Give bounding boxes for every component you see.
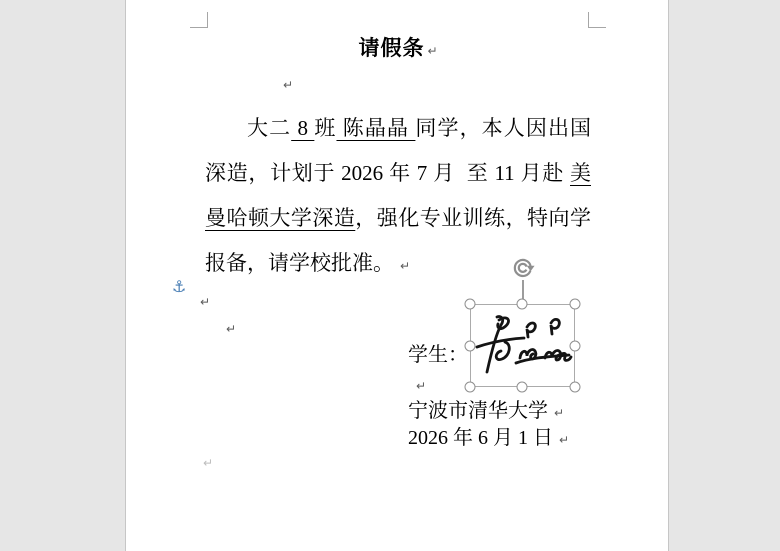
line1-class-word[interactable]: 班 (314, 116, 336, 140)
resize-handle-top-center[interactable] (517, 299, 528, 310)
line1-class-number-blank[interactable]: 8 (291, 116, 314, 140)
paragraph-mark-icon: ↵ (226, 322, 236, 336)
paragraph-mark-icon: ↵ (283, 78, 293, 92)
paragraph-mark-icon: ↵ (554, 406, 564, 420)
resize-handle-top-left[interactable] (465, 299, 476, 310)
margin-crop-mark-top-right (588, 12, 606, 28)
paragraph-mark-icon: ↵ (559, 433, 569, 447)
date-text[interactable]: 2026 年 6 月 1 日 (408, 427, 553, 449)
paragraph-mark-icon: ↵ (416, 379, 426, 393)
resize-handle-middle-left[interactable] (465, 341, 476, 352)
line1-student-name[interactable]: 陈晶晶 (336, 116, 415, 140)
body-line-1[interactable]: 大二 8 班 陈晶晶 同学，本人因出国 (205, 106, 591, 151)
word-processor-workspace: 请假条↵ ↵ 大二 8 班 陈晶晶 同学，本人因出国 深造，计划于 2026 年… (0, 0, 780, 551)
line1-pre[interactable]: 大二 (247, 116, 291, 140)
title-text[interactable]: 请假条 (358, 36, 424, 60)
body-line-3[interactable]: 曼哈顿大学深造，强化专业训练，特向学校 (205, 196, 591, 241)
resize-handle-middle-right[interactable] (570, 341, 581, 352)
page-title[interactable]: 请假条↵ (205, 32, 591, 62)
paragraph-mark-icon: ↵ (203, 456, 213, 470)
paragraph-mark-icon: ↵ (427, 44, 437, 58)
student-signature-label[interactable]: 学生： (408, 344, 468, 366)
rotate-handle-icon[interactable] (511, 256, 535, 280)
paragraph-mark-icon: ↵ (200, 295, 210, 309)
resize-handle-bottom-right[interactable] (570, 382, 581, 393)
body-line-2[interactable]: 深造，计划于 2026 年 7 月 至 11 月赴 美国 (205, 151, 591, 196)
signature-image[interactable] (472, 306, 573, 385)
date-line[interactable]: 2026 年 6 月 1 日↵ (408, 427, 569, 451)
school-name-text[interactable]: 宁波市清华大学 (408, 400, 548, 422)
anchor-icon[interactable]: ⚓ (172, 279, 186, 295)
line4-text[interactable]: 报备，请学校批准。 (205, 251, 394, 275)
paragraph-mark-icon: ↵ (400, 259, 410, 273)
resize-handle-top-right[interactable] (570, 299, 581, 310)
school-line[interactable]: 宁波市清华大学↵ (408, 400, 564, 424)
line1-rest[interactable]: 同学，本人因出国 (415, 116, 591, 140)
resize-handle-bottom-left[interactable] (465, 382, 476, 393)
line2-pre[interactable]: 深造，计划于 2026 年 7 月 至 11 月赴 (205, 161, 570, 185)
student-label-text[interactable]: 学生： (408, 344, 468, 366)
margin-crop-mark-top-left (190, 12, 208, 28)
resize-handle-bottom-center[interactable] (517, 382, 528, 393)
line3-university[interactable]: 曼哈顿大学深造 (205, 206, 355, 230)
